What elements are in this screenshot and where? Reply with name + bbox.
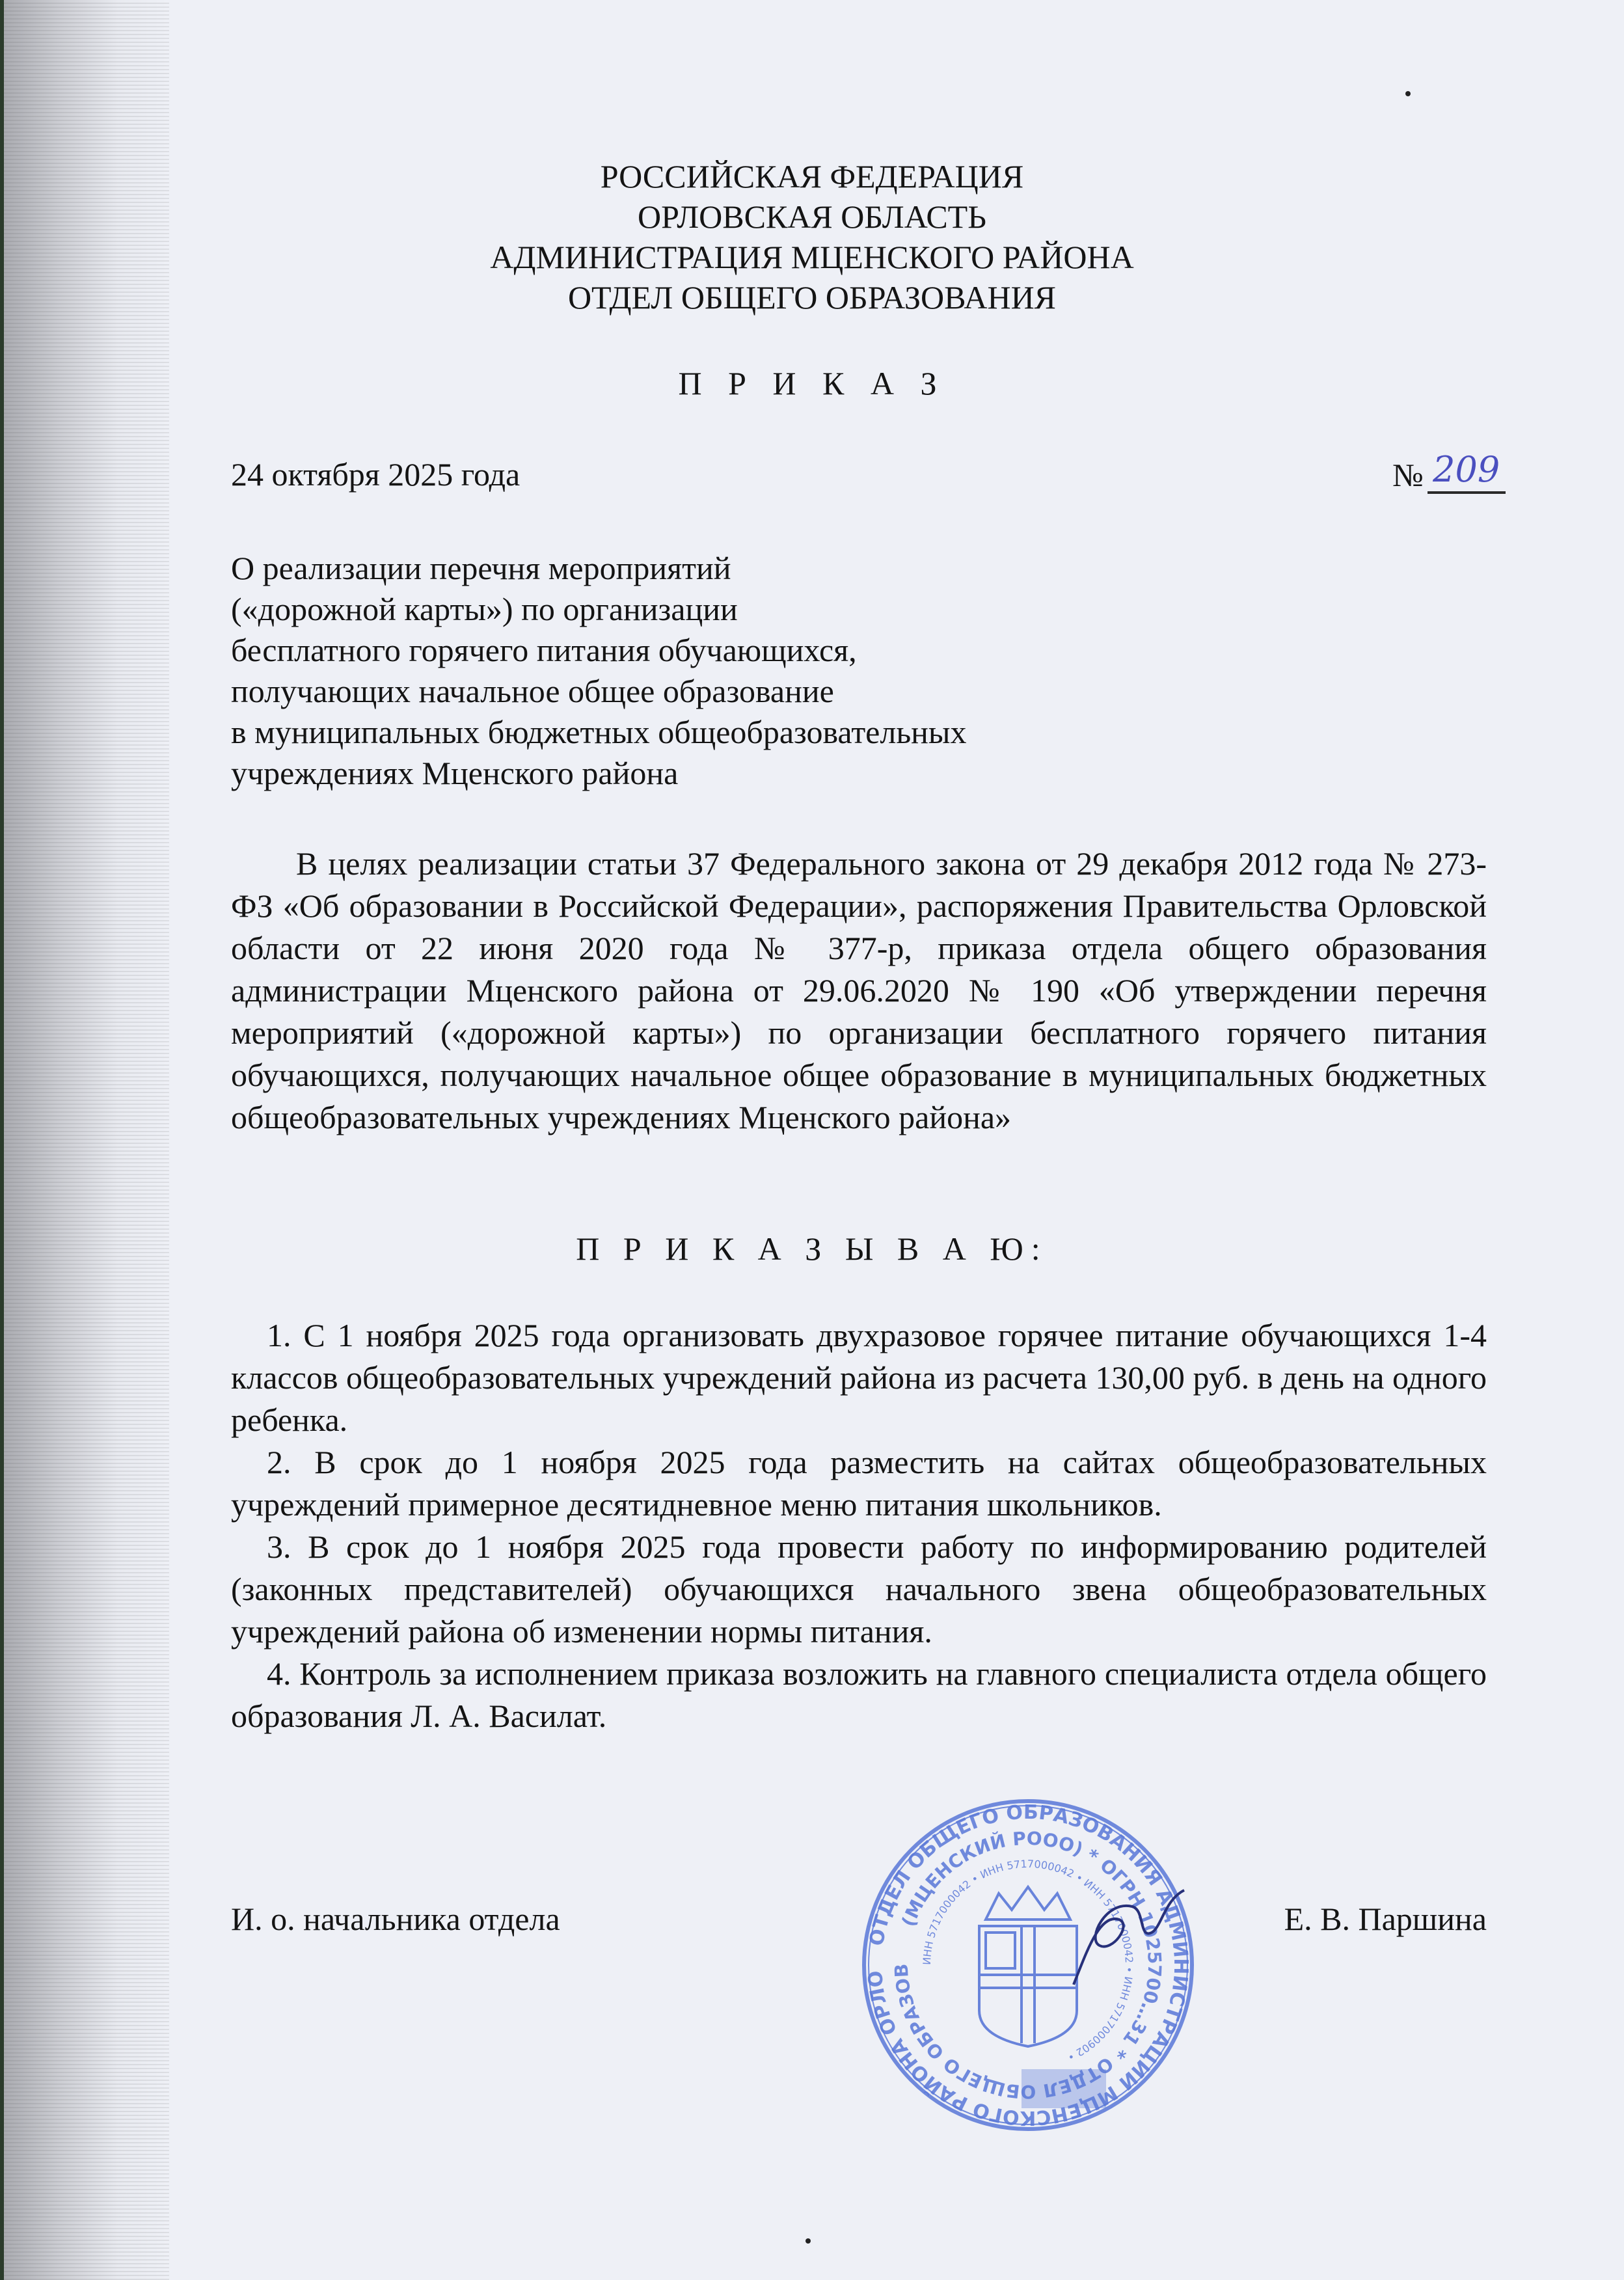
letterhead-line-department: ОТДЕЛ ОБЩЕГО ОБРАЗОВАНИЯ [0, 277, 1624, 318]
document-subject: О реализации перечня мероприятий («дорож… [231, 548, 966, 794]
order-item-1: 1. С 1 ноября 2025 года организовать дву… [231, 1314, 1487, 1441]
subject-line: в муниципальных бюджетных общеобразовате… [231, 712, 966, 753]
handwritten-signature-icon [1061, 1874, 1191, 2004]
document-type: П Р И К А З [0, 364, 1624, 402]
order-items: 1. С 1 ноября 2025 года организовать дву… [231, 1314, 1487, 1737]
handwritten-number: 209 [1428, 449, 1506, 494]
signatory-title: И. о. начальника отдела [231, 1900, 560, 1938]
letterhead-line-region: ОРЛОВСКАЯ ОБЛАСТЬ [0, 197, 1624, 237]
subject-line: получающих начальное общее образование [231, 671, 966, 712]
letterhead-line-country: РОССИЙСКАЯ ФЕДЕРАЦИЯ [0, 156, 1624, 197]
document-number: № 209 [1392, 449, 1506, 494]
subject-line: учреждениях Мценского района [231, 753, 966, 794]
letterhead: РОССИЙСКАЯ ФЕДЕРАЦИЯ ОРЛОВСКАЯ ОБЛАСТЬ А… [0, 156, 1624, 318]
preamble-paragraph: В целях реализации статьи 37 Федеральног… [231, 843, 1487, 1139]
signatory-name: Е. В. Паршина [1284, 1900, 1487, 1938]
document-date: 24 октября 2025 года [231, 455, 520, 493]
subject-line: бесплатного горячего питания обучающихся… [231, 630, 966, 671]
scan-speck [805, 2238, 811, 2244]
order-item-4: 4. Контроль за исполнением приказа возло… [231, 1653, 1487, 1737]
order-heading: П Р И К А З Ы В А Ю: [0, 1230, 1624, 1268]
scan-speck [1405, 91, 1411, 96]
subject-line: О реализации перечня мероприятий [231, 548, 966, 589]
letterhead-line-administration: АДМИНИСТРАЦИЯ МЦЕНСКОГО РАЙОНА [0, 237, 1624, 277]
subject-line: («дорожной карты») по организации [231, 589, 966, 630]
order-item-2: 2. В срок до 1 ноября 2025 года размести… [231, 1441, 1487, 1526]
document-page: РОССИЙСКАЯ ФЕДЕРАЦИЯ ОРЛОВСКАЯ ОБЛАСТЬ А… [0, 0, 1624, 2280]
number-sign: № [1392, 456, 1424, 494]
order-item-3: 3. В срок до 1 ноября 2025 года провести… [231, 1526, 1487, 1653]
